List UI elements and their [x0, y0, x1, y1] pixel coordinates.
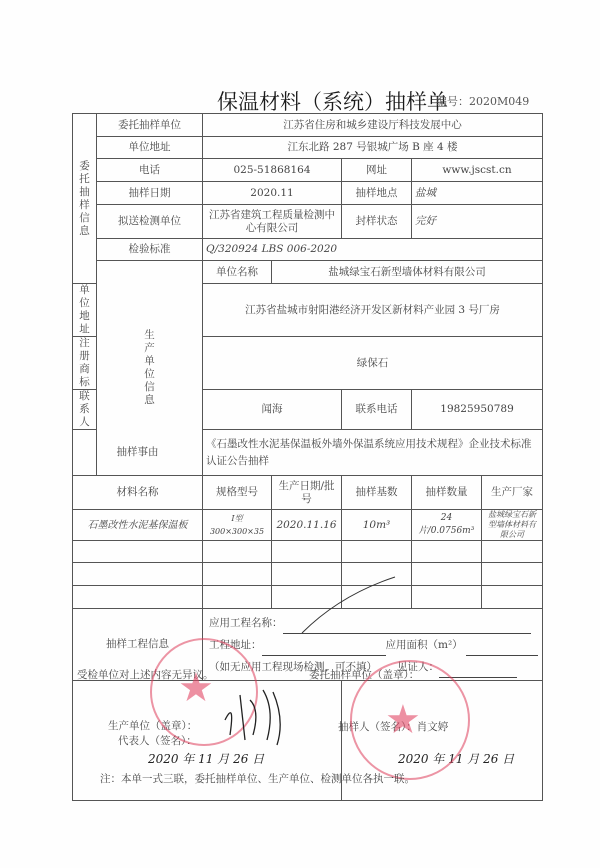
material-date: 2020.11.16 — [272, 510, 342, 541]
standard-value: Q/320924 LBS 006-2020 — [203, 239, 543, 261]
materials-header: 规格型号 — [203, 476, 272, 510]
project-name-label: 应用工程名称： — [209, 617, 283, 629]
entrust-address-value: 江东北路 287 号银城广场 B 座 4 楼 — [203, 137, 543, 159]
project-area-field[interactable] — [466, 644, 538, 656]
standard-label: 检验标准 — [97, 239, 203, 261]
contact-label: 联系人 — [73, 390, 97, 430]
sampling-location-label: 抽样地点 — [342, 182, 412, 205]
producer-sign-date: 2020 年 11 月 26 日 — [148, 750, 264, 767]
material-quantity: 24片/0.0756m³ — [412, 510, 482, 541]
trademark-label: 注册商标 — [73, 337, 97, 390]
lab-label: 拟送检测单位 — [97, 205, 203, 239]
contact-value: 闻海 — [203, 390, 342, 430]
producer-name-label: 单位名称 — [203, 261, 272, 284]
materials-header-row: 材料名称 规格型号 生产日期/批号 抽样基数 抽样数量 生产厂家 — [73, 476, 543, 510]
producer-stamp-star-icon: ★ — [178, 668, 214, 708]
entrust-unit-value: 江苏省住房和城乡建设厅科技发展中心 — [203, 114, 543, 137]
entrust-sign-date: 2020 年 11 月 26 日 — [398, 750, 514, 767]
lab-value: 江苏省建筑工程质量检测中心有限公司 — [203, 205, 342, 239]
materials-header: 抽样基数 — [342, 476, 412, 510]
reason-value: 《石墨改性水泥基保温板外墙外保温系统应用技术规程》企业技术标准认证公告抽样 — [203, 430, 543, 476]
materials-header: 材料名称 — [73, 476, 203, 510]
table-row: 石墨改性水泥基保温板 I型 300×300×35 2020.11.16 10m³… — [73, 510, 543, 541]
seal-label: 封样状态 — [342, 205, 412, 239]
project-address-label: 工程地址： — [209, 639, 262, 651]
entrust-address-label: 单位地址 — [97, 137, 203, 159]
entrust-website-value: www.jscst.cn — [412, 159, 543, 182]
sampling-date-label: 抽样日期 — [97, 182, 203, 205]
form-title: 保温材料（系统）抽样单 — [217, 86, 448, 116]
witness-field[interactable] — [439, 666, 517, 678]
representative-label: 代表人（签名）： — [118, 733, 197, 748]
entrust-phone-value: 025-51868164 — [203, 159, 342, 182]
producer-seal-label: 生产单位（盖章）： — [108, 718, 197, 733]
material-manufacturer: 盐城绿宝石新型墙体材料有限公司 — [482, 510, 543, 541]
sampling-location-value: 盐城 — [412, 182, 543, 205]
entrust-website-label: 网址 — [342, 159, 412, 182]
entrust-phone-label: 电话 — [97, 159, 203, 182]
contact-phone-value: 19825950789 — [412, 390, 543, 430]
project-address-field[interactable] — [262, 644, 386, 656]
entrust-seal-label: 委托抽样单位（盖章）： — [309, 667, 419, 682]
producer-name-value: 盐城绿宝石新型墙体材料有限公司 — [272, 261, 543, 284]
representative-signature — [215, 680, 295, 750]
footnote: 注：本单一式三联，委托抽样单位、生产单位、检测单位各执一联。 — [100, 771, 415, 786]
seal-value: 完好 — [412, 205, 543, 239]
entrust-stamp-star-icon: ★ — [385, 700, 421, 740]
material-name: 石墨改性水泥基保温板 — [73, 510, 203, 541]
materials-header: 生产日期/批号 — [272, 476, 342, 510]
producer-address-label: 单位地址 — [73, 284, 97, 337]
material-base: 10m³ — [342, 510, 412, 541]
strike-line — [280, 575, 400, 635]
materials-header: 生产厂家 — [482, 476, 543, 510]
serial-number: 编号：2020M049 — [436, 93, 529, 109]
material-spec: I型 300×300×35 — [203, 510, 272, 541]
materials-header: 抽样数量 — [412, 476, 482, 510]
project-area-label: 应用面积（m²） — [386, 639, 463, 651]
entrust-group-label: 委托抽样信息 — [73, 114, 97, 284]
entrust-unit-label: 委托抽样单位 — [97, 114, 203, 137]
sampling-date-value: 2020.11 — [203, 182, 342, 205]
reason-label: 抽样事由 — [73, 430, 203, 476]
contact-phone-label: 联系电话 — [342, 390, 412, 430]
producer-address-value: 江苏省盐城市射阳港经济开发区新材料产业园 3 号厂房 — [203, 284, 543, 337]
trademark-value: 绿保石 — [203, 337, 543, 390]
sampling-form-table: 委托抽样信息 委托抽样单位 江苏省住房和城乡建设厅科技发展中心 单位地址 江东北… — [72, 113, 543, 801]
table-row — [73, 541, 543, 563]
